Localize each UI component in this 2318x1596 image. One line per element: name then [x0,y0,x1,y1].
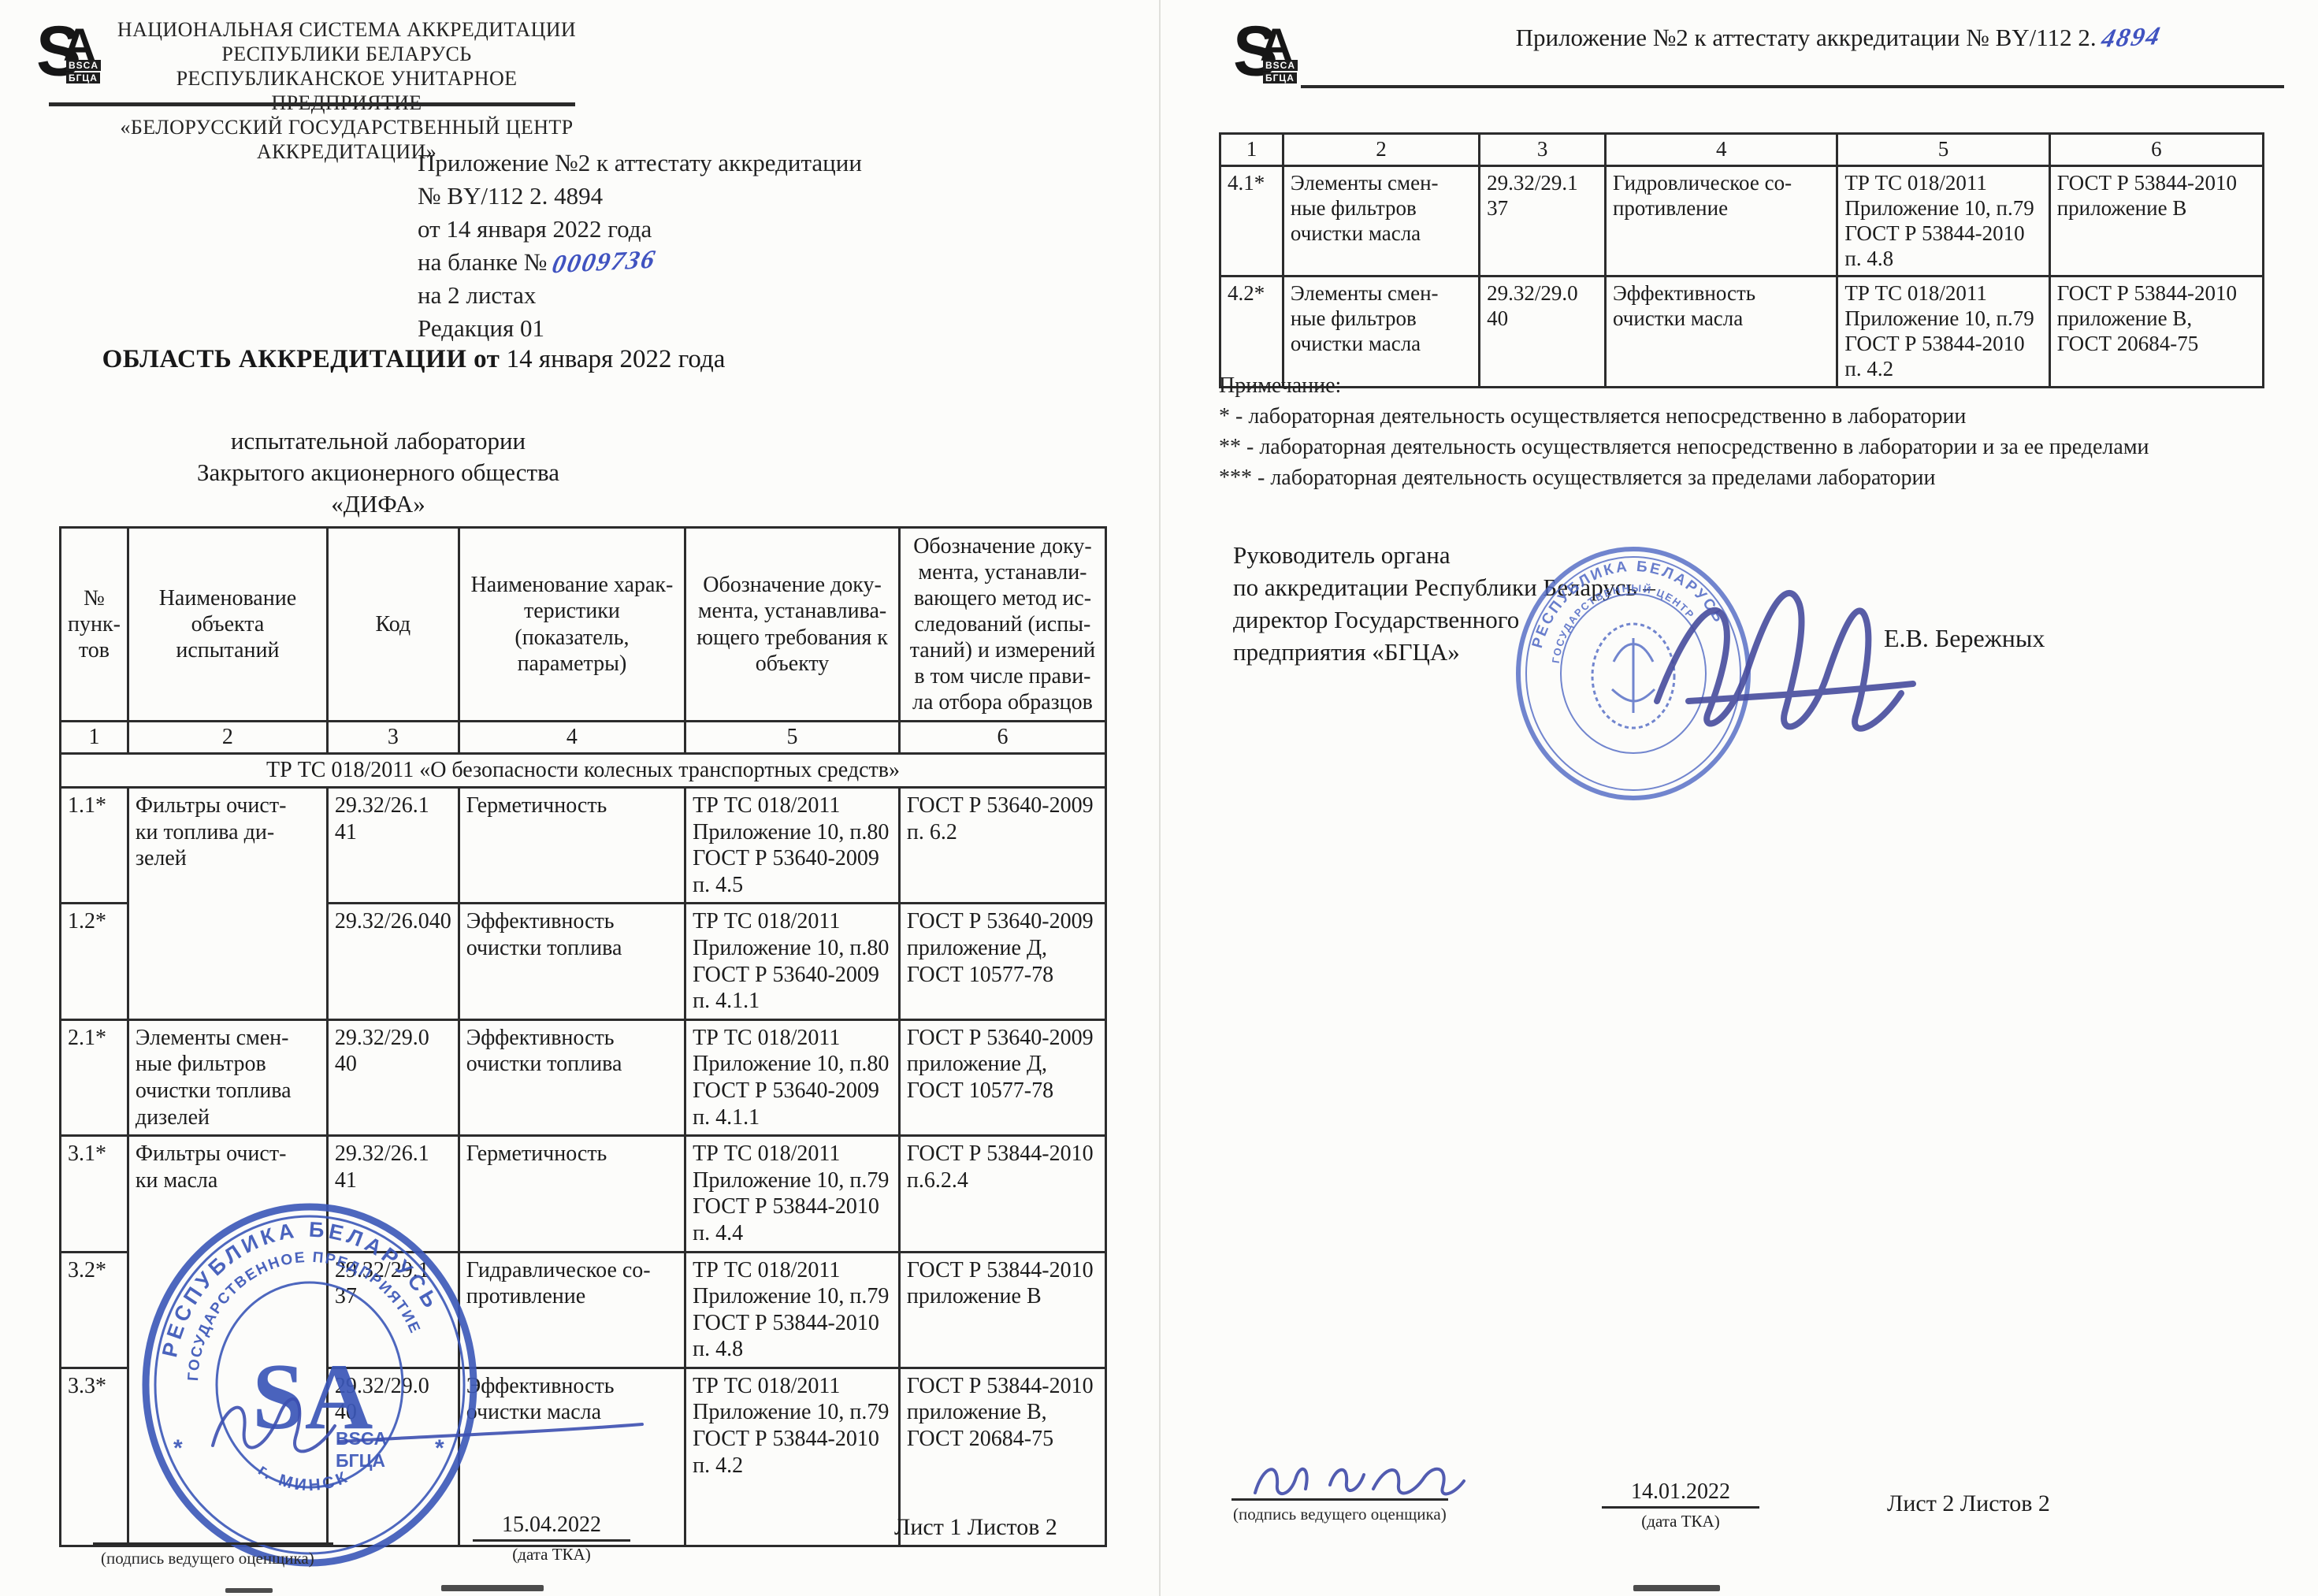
page-2: S A BSCA БГЦА Приложение №2 к аттестату … [1159,0,2318,1596]
sheet-number: Лист 1 Листов 2 [894,1514,1057,1541]
table-header-row: № пунк- тов Наименование объекта испытан… [61,528,1106,722]
colnum-cell: 1 [1220,134,1283,166]
logo-bsca-label: BSCA [66,60,101,71]
scan-artifact [1633,1585,1720,1591]
cell-req-doc: ТР ТС 018/2011 Приложение 10, п.79 ГОСТ … [1837,166,2049,277]
scope-table-sheet2: 1 2 3 4 5 6 4.1* Элементы смен- ные филь… [1219,132,2264,388]
logo-bgca-label: БГЦА [1263,72,1297,84]
colnum-cell: 2 [128,722,327,754]
colnum-cell: 4 [1605,134,1837,166]
director-signature [1641,544,1925,772]
cell-object: Элементы смен- ные фильтров очистки топл… [128,1019,327,1135]
cell-method-doc: ГОСТ Р 53640-2009 приложение Д, ГОСТ 105… [899,1019,1105,1135]
note-line: * - лабораторная деятельность осуществля… [1219,401,2149,432]
cell-characteristic: Герметичность [459,788,685,904]
colnum-cell: 5 [1837,134,2049,166]
header-cell-code: Код [327,528,459,722]
section-title-cell: ТР ТС 018/2011 «О безопасности колесных … [61,754,1106,788]
cell-method-doc: ГОСТ Р 53844-2010 приложение В [899,1252,1105,1368]
cell-req-doc: ТР ТС 018/2011 Приложение 10, п.79 ГОСТ … [685,1368,900,1546]
tka-date-caption: (дата ТКА) [1602,1512,1759,1531]
cell-characteristic: Гидровлическое со- противление [1605,166,1837,277]
cell-characteristic: Эффективность очистки топлива [459,1019,685,1135]
column-number-row: 1 2 3 4 5 6 [1220,134,2264,166]
colnum-cell: 6 [2049,134,2263,166]
cell-req-doc: ТР ТС 018/2011 Приложение 10, п.80 ГОСТ … [685,904,900,1019]
notes-block: Примечание: * - лабораторная деятельност… [1219,370,2149,493]
appendix-line: Приложение №2 к аттестату аккредитации [418,147,862,180]
table-row: 1.1* Фильтры очист- ки топлива ди- зелей… [61,788,1106,904]
notes-title: Примечание: [1219,370,2149,401]
lead-assessor-signature [1247,1449,1484,1512]
stamp-star-left: * [173,1435,183,1461]
cell-object: Фильтры очист- ки топлива ди- зелей [128,788,327,1020]
scanned-accreditation-document: { "page1": { "logo": {"sa_s": "S", "sa_a… [0,0,2318,1596]
bsca-logo: S A BSCA БГЦА [1233,17,1301,90]
cell-object: Элементы смен- ные фильтров очистки масл… [1283,166,1479,277]
appendix-line: на 2 листах [418,279,862,312]
cell-method-doc: ГОСТ Р 53640-2009 приложение Д, ГОСТ 105… [899,904,1105,1019]
tka-date-block: 14.01.2022 (дата ТКА) [1602,1479,1759,1531]
tka-date-block: 15.04.2022 (дата ТКА) [473,1512,630,1564]
cell-req-doc: ТР ТС 018/2011 Приложение 10, п.79 ГОСТ … [685,1136,900,1252]
bsca-logo: S A BSCA БГЦА [36,17,104,90]
column-number-row: 1 2 3 4 5 6 [61,722,1106,754]
appendix-block: Приложение №2 к аттестату аккредитации №… [418,147,862,345]
colnum-cell: 2 [1283,134,1479,166]
signature-caption: (подпись ведущего оценщика) [1233,1505,1447,1524]
scan-artifact [225,1588,273,1593]
title-rest: 14 января 2022 года [500,345,725,373]
page-title: ОБЛАСТЬ АККРЕДИТАЦИИ от 14 января 2022 г… [59,345,768,374]
cell-num: 3.3* [61,1368,128,1546]
appendix-line: от 14 января 2022 года [418,213,862,246]
table-row: 2.1* Элементы смен- ные фильтров очистки… [61,1019,1106,1135]
appendix-line: Редакция 01 [418,312,862,345]
signature-caption: (подпись ведущего оценщика) [101,1549,314,1568]
header-rule [1301,85,2284,88]
header-cell-req-doc: Обозначение доку- мента, устанавлива- ющ… [685,528,900,722]
scan-artifact [441,1585,544,1591]
cell-characteristic: Герметичность [459,1136,685,1252]
colnum-cell: 3 [327,722,459,754]
cell-num: 1.2* [61,904,128,1019]
assessor-signature [189,1371,670,1489]
handwritten-blank-number: 0009736 [549,243,659,282]
cell-num: 1.1* [61,788,128,904]
page-1: S A BSCA БГЦА НАЦИОНАЛЬНАЯ СИСТЕМА АККРЕ… [0,0,1159,1596]
cell-method-doc: ГОСТ Р 53844-2010 приложение В [2049,166,2263,277]
cell-req-doc: ТР ТС 018/2011 Приложение 10, п.79 ГОСТ … [685,1252,900,1368]
cell-code: 29.32/26.040 [327,904,459,1019]
handwritten-attestate-number: 4894 [2099,22,2164,54]
lab-line-3: «ДИФА» [59,488,697,520]
cell-code: 29.32/26.1 41 [327,788,459,904]
appendix-line: на бланке № 0009736 [418,246,862,279]
signature-rule [1231,1498,1448,1501]
title-bold: ОБЛАСТЬ АККРЕДИТАЦИИ от [102,345,500,373]
header-rule [49,102,575,106]
colnum-cell: 1 [61,722,128,754]
cell-req-doc: ТР ТС 018/2011 Приложение 10, п.80 ГОСТ … [685,788,900,904]
cell-num: 4.1* [1220,166,1283,277]
tka-date: 15.04.2022 [473,1512,630,1542]
header-cell-characteristic: Наименование харак- теристики (показател… [459,528,685,722]
section-row: ТР ТС 018/2011 «О безопасности колесных … [61,754,1106,788]
colnum-cell: 4 [459,722,685,754]
cell-num: 3.1* [61,1136,128,1252]
header-cell-object: Наименование объекта испытаний [128,528,327,722]
cell-code: 29.32/29.1 37 [1480,166,1606,277]
laboratory-name: испытательной лаборатории Закрытого акци… [59,425,697,520]
sheet-number: Лист 2 Листов 2 [1887,1490,2050,1517]
page2-header: Приложение №2 к аттестату аккредитации №… [1397,24,2279,53]
org-line-1: НАЦИОНАЛЬНАЯ СИСТЕМА АККРЕДИТАЦИИ РЕСПУБ… [110,17,583,66]
colnum-cell: 6 [899,722,1105,754]
colnum-cell: 5 [685,722,900,754]
header-cell-num: № пунк- тов [61,528,128,722]
lab-line-1: испытательной лаборатории [59,425,697,457]
logo-bsca-label: BSCA [1263,60,1298,71]
signature-rule [93,1542,333,1545]
note-line: *** - лабораторная деятельность осуществ… [1219,462,2149,493]
cell-characteristic: Гидравлическое со- противление [459,1252,685,1368]
note-line: ** - лабораторная деятельность осуществл… [1219,432,2149,462]
appendix-line: № BY/112 2. 4894 [418,180,862,213]
header-cell-method-doc: Обозначение доку- мента, устанавли- вающ… [899,528,1105,722]
lab-line-2: Закрытого акционерного общества [59,457,697,488]
table-row: 4.1* Элементы смен- ные фильтров очистки… [1220,166,2264,277]
cell-characteristic: Эффективность очистки топлива [459,904,685,1019]
organization-header: НАЦИОНАЛЬНАЯ СИСТЕМА АККРЕДИТАЦИИ РЕСПУБ… [110,17,583,164]
appendix-ref: Приложение №2 к аттестату аккредитации №… [1516,24,2103,51]
blank-prefix: на бланке № [418,248,553,276]
colnum-cell: 3 [1480,134,1606,166]
cell-code: 29.32/29.0 40 [327,1019,459,1135]
cell-method-doc: ГОСТ Р 53640-2009 п. 6.2 [899,788,1105,904]
org-line-2: РЕСПУБЛИКАНСКОЕ УНИТАРНОЕ ПРЕДПРИЯТИЕ [110,66,583,115]
tka-date: 14.01.2022 [1602,1479,1759,1509]
logo-bgca-label: БГЦА [66,72,100,84]
tka-date-caption: (дата ТКА) [473,1545,630,1564]
cell-num: 3.2* [61,1252,128,1368]
cell-req-doc: ТР ТС 018/2011 Приложение 10, п.80 ГОСТ … [685,1019,900,1135]
cell-method-doc: ГОСТ Р 53844-2010 п.6.2.4 [899,1136,1105,1252]
cell-num: 2.1* [61,1019,128,1135]
